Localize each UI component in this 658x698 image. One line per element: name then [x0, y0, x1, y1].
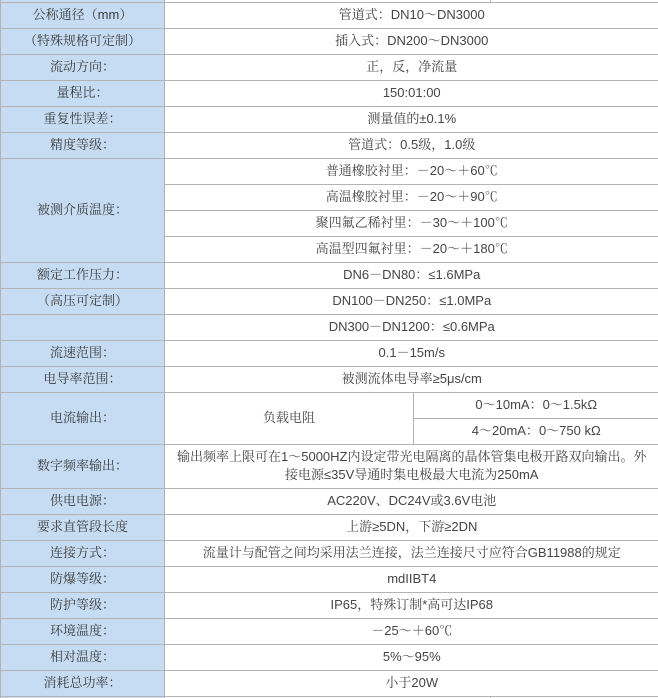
spec-label-cell: （特殊规格可定制） [1, 28, 165, 54]
spec-label-cell: 量程比： [1, 80, 165, 106]
spec-label-cell: 防爆等级： [1, 566, 165, 592]
spec-label-cell: 要求直管段长度 [1, 514, 165, 540]
spec-value-cell: 0～10mA：0～1.5kΩ [414, 392, 658, 418]
spec-label-cell: 消耗总功率： [1, 670, 165, 696]
table-row: （高压可定制） DN100－DN250：≤1.0MPa [1, 288, 658, 314]
table-row: （特殊规格可定制） 插入式：DN200～DN3000 [1, 28, 658, 54]
spec-value-cell: 小于20W [165, 670, 658, 696]
spec-value-cell: AC220V、DC24V或3.6V电池 [165, 488, 658, 514]
spec-value-cell: 输出频率上限可在1～5000HZ内设定带光电隔离的晶体管集电极开路双向输出。外接… [165, 444, 658, 488]
spec-table: 公称通径（mm） 管道式：DN10～DN3000 （特殊规格可定制） 插入式：D… [0, 0, 658, 698]
spec-label-cell: 数字频率输出： [1, 444, 165, 488]
spec-value-cell: 管道式：DN10～DN3000 [165, 2, 658, 28]
table-row: 量程比： 150:01:00 [1, 80, 658, 106]
spec-value-cell: 聚四氟乙稀衬里：－30～＋100℃ [165, 210, 658, 236]
table-row: 精度等级： 管道式：0.5级，1.0级 [1, 132, 658, 158]
spec-label-cell: 精度等级： [1, 132, 165, 158]
table-row: 数字频率输出： 输出频率上限可在1～5000HZ内设定带光电隔离的晶体管集电极开… [1, 444, 658, 488]
spec-value-cell: DN6－DN80：≤1.6MPa [165, 262, 658, 288]
spec-value-cell: 被测流体电导率≥5μs/cm [165, 366, 658, 392]
spec-label-cell: （高压可定制） [1, 288, 165, 314]
spec-value-cell: 150:01:00 [165, 80, 658, 106]
spec-label-cell: 电流输出： [1, 392, 165, 444]
spec-value-cell: 管道式：0.5级，1.0级 [165, 132, 658, 158]
table-row: 供电电源： AC220V、DC24V或3.6V电池 [1, 488, 658, 514]
table-row: 相对温度： 5%～95% [1, 644, 658, 670]
table-row: 防护等级： IP65，特殊订制*高可达IP68 [1, 592, 658, 618]
spec-sheet: 公称通径（mm） 管道式：DN10～DN3000 （特殊规格可定制） 插入式：D… [0, 0, 658, 698]
spec-value-cell: 测量值的±0.1% [165, 106, 658, 132]
table-row: 环境温度： －25～＋60℃ [1, 618, 658, 644]
spec-value-cell: 4～20mA：0～750 kΩ [414, 418, 658, 444]
table-row: 公称通径（mm） 管道式：DN10～DN3000 [1, 2, 658, 28]
spec-label-cell: 供电电源： [1, 488, 165, 514]
spec-label-cell: 连接方式： [1, 540, 165, 566]
spec-value-cell: 插入式：DN200～DN3000 [165, 28, 658, 54]
spec-label-cell [1, 314, 165, 340]
spec-value-cell: mdIIBT4 [165, 566, 658, 592]
table-row: 流动方向： 正，反，净流量 [1, 54, 658, 80]
spec-label-cell: 重复性误差： [1, 106, 165, 132]
spec-value-cell: IP65，特殊订制*高可达IP68 [165, 592, 658, 618]
table-row: 连接方式： 流量计与配管之间均采用法兰连接，法兰连接尺寸应符合GB11988的规… [1, 540, 658, 566]
spec-value-cell: 正，反，净流量 [165, 54, 658, 80]
spec-value-cell: DN100－DN250：≤1.0MPa [165, 288, 658, 314]
spec-subheader-cell: 负载电阻 [165, 392, 414, 444]
spec-label-cell: 流速范围： [1, 340, 165, 366]
spec-value-cell: 0.1－15m/s [165, 340, 658, 366]
spec-label-cell: 额定工作压力： [1, 262, 165, 288]
spec-label-cell: 环境温度： [1, 618, 165, 644]
spec-label-cell: 流动方向： [1, 54, 165, 80]
spec-label-cell: 防护等级： [1, 592, 165, 618]
spec-value-cell: 高温型四氟衬里：－20～＋180℃ [165, 236, 658, 262]
spec-value-cell: －25～＋60℃ [165, 618, 658, 644]
spec-label-cell: 公称通径（mm） [1, 2, 165, 28]
spec-label-cell: 电导率范围： [1, 366, 165, 392]
table-row: 流速范围： 0.1－15m/s [1, 340, 658, 366]
table-row: 消耗总功率： 小于20W [1, 670, 658, 696]
table-row: 电导率范围： 被测流体电导率≥5μs/cm [1, 366, 658, 392]
spec-value-cell: DN300－DN1200：≤0.6MPa [165, 314, 658, 340]
spec-value-cell: 普通橡胶衬里：－20～＋60℃ [165, 158, 658, 184]
spec-label-cell: 被测介质温度： [1, 158, 165, 262]
spec-value-cell: 上游≥5DN，下游≥2DN [165, 514, 658, 540]
spec-value-cell: 5%～95% [165, 644, 658, 670]
table-row: 额定工作压力： DN6－DN80：≤1.6MPa [1, 262, 658, 288]
table-row: 要求直管段长度 上游≥5DN，下游≥2DN [1, 514, 658, 540]
table-row: 防爆等级： mdIIBT4 [1, 566, 658, 592]
table-row: 重复性误差： 测量值的±0.1% [1, 106, 658, 132]
spec-value-cell: 高温橡胶衬里：－20～＋90℃ [165, 184, 658, 210]
table-row: DN300－DN1200：≤0.6MPa [1, 314, 658, 340]
table-row: 电流输出： 负载电阻 0～10mA：0～1.5kΩ [1, 392, 658, 418]
table-row: 被测介质温度： 普通橡胶衬里：－20～＋60℃ [1, 158, 658, 184]
spec-label-cell: 相对温度： [1, 644, 165, 670]
spec-value-cell: 流量计与配管之间均采用法兰连接，法兰连接尺寸应符合GB11988的规定 [165, 540, 658, 566]
